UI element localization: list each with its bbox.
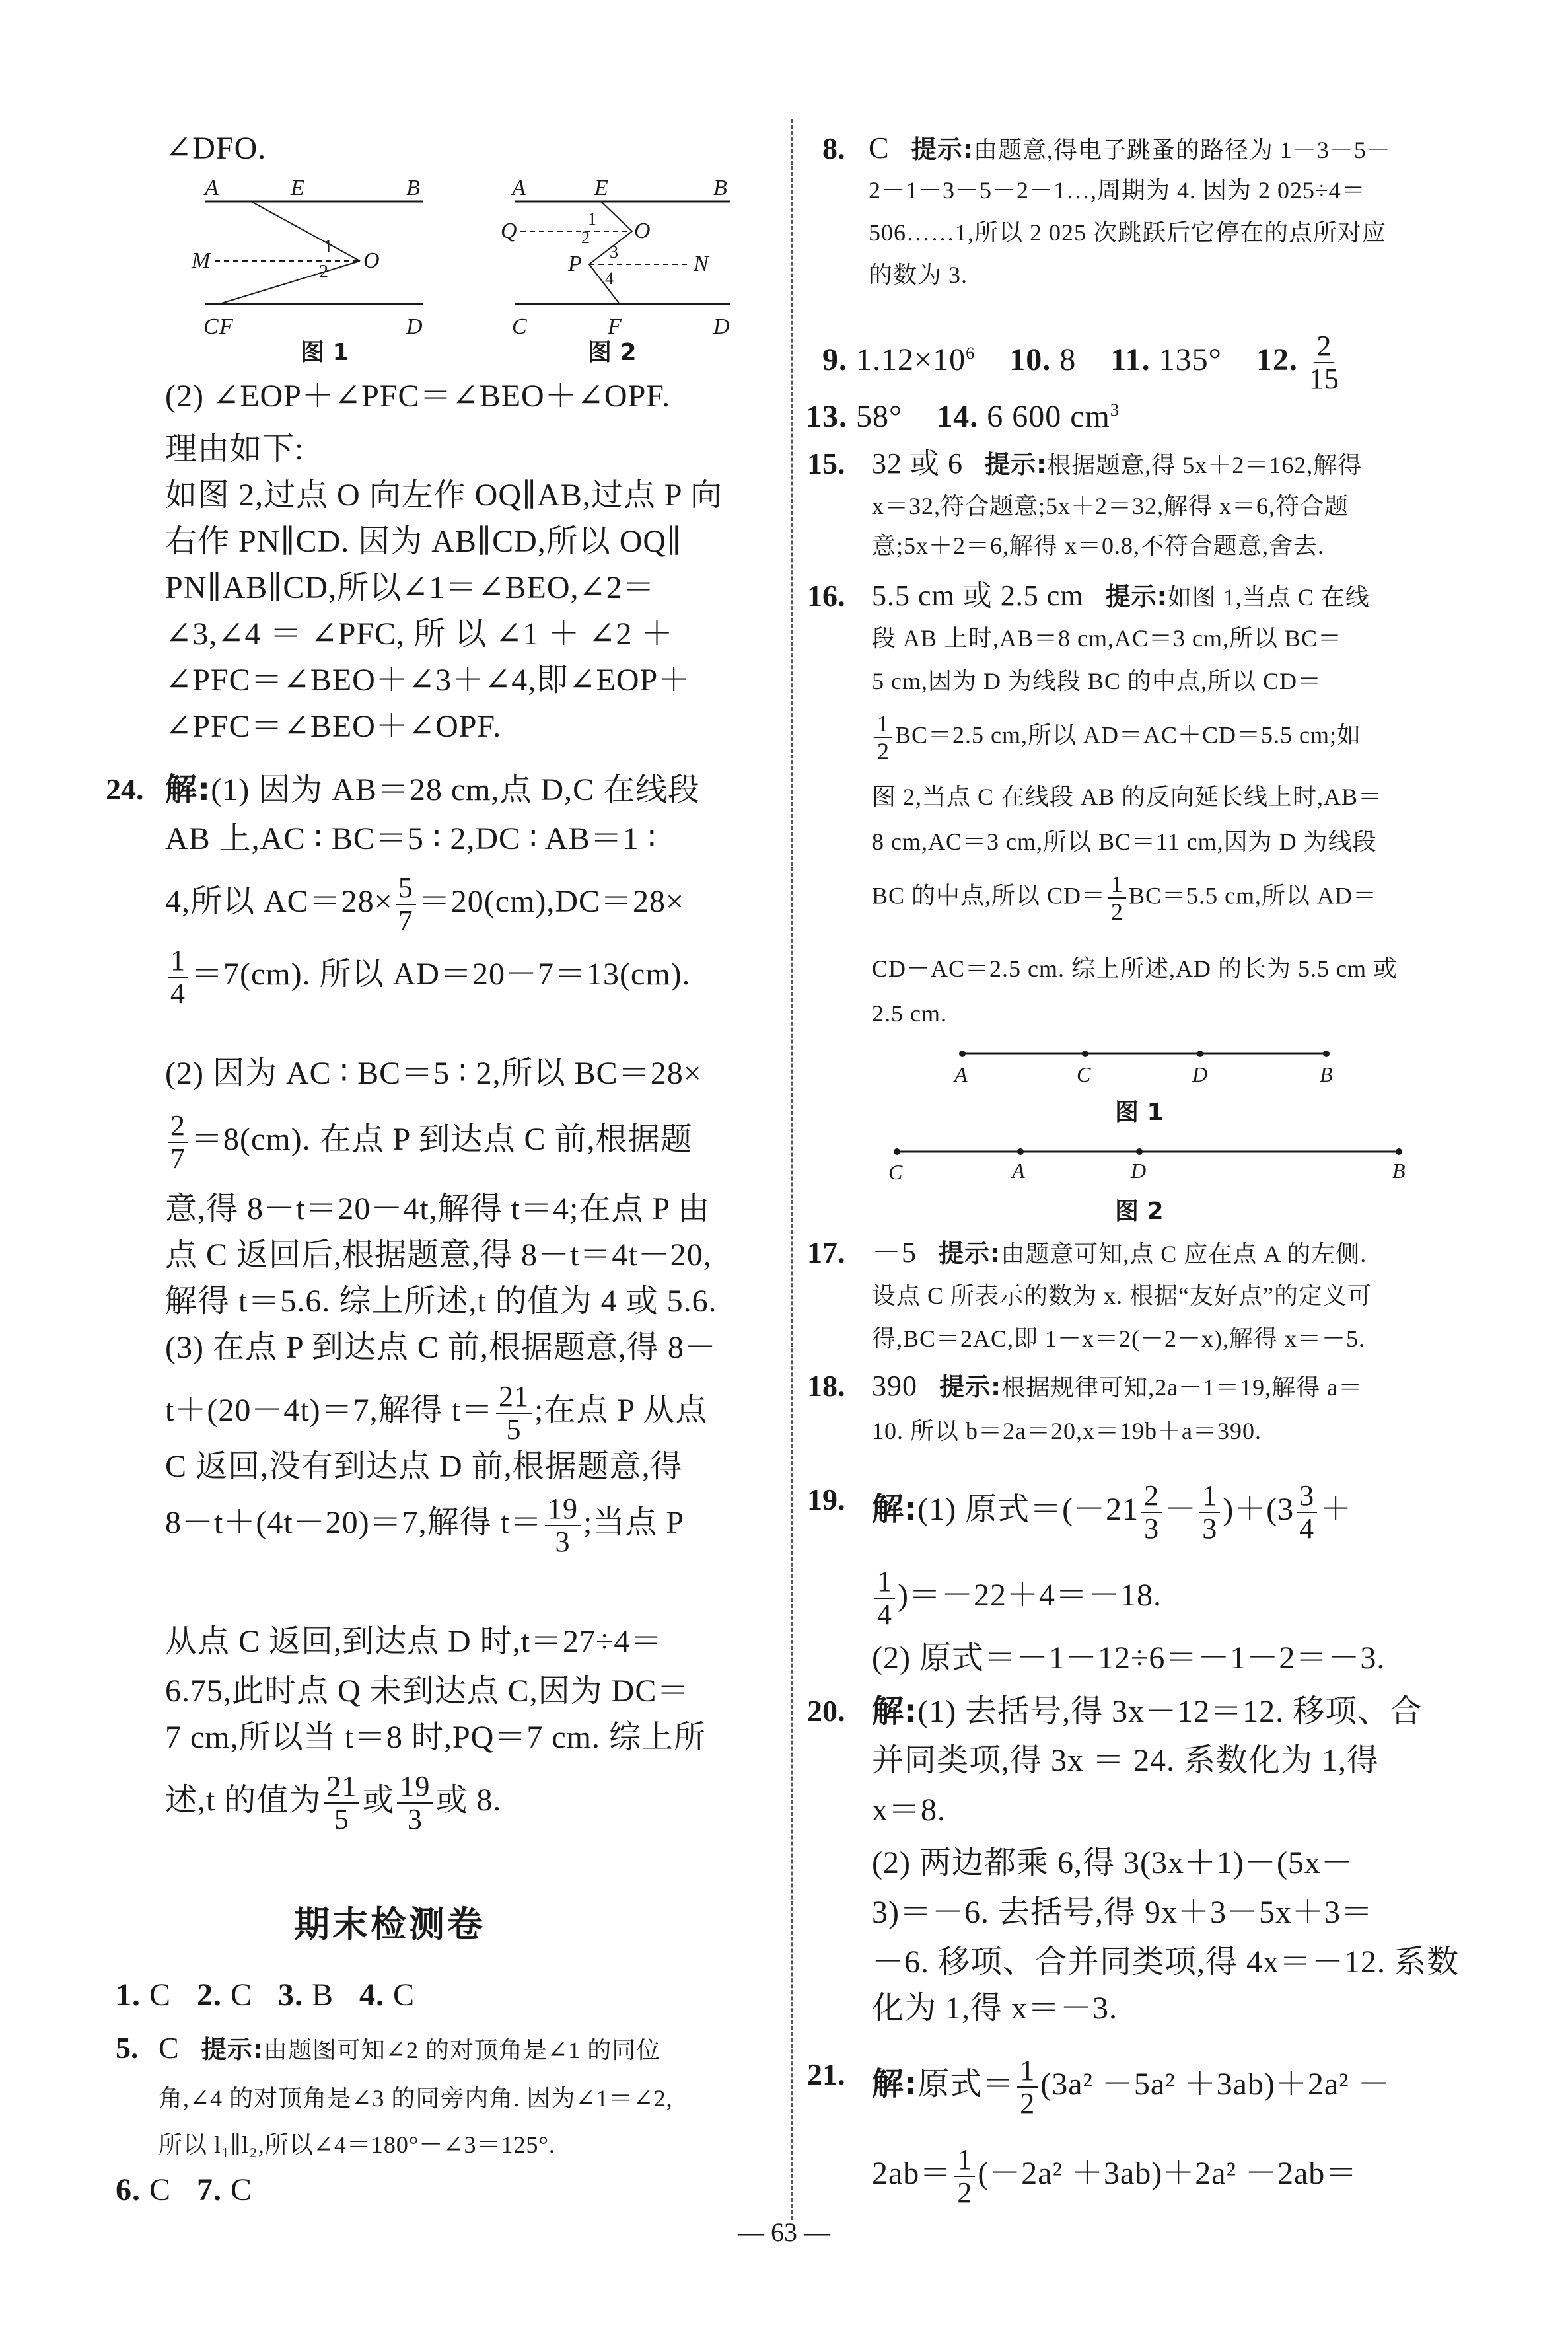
solve-label: 解: xyxy=(872,2065,917,2102)
q17-line: 得,BC＝2AC,即 1－x＝2(－2－x),解得 x＝－5. xyxy=(872,1321,1365,1356)
q24-line: 27＝8(cm). 在点 P 到达点 C 前,根据题 xyxy=(165,1110,693,1175)
svg-text:C: C xyxy=(888,1160,903,1184)
svg-text:D: D xyxy=(406,314,423,339)
q24-line: t＋(20－4t)＝7,解得 t＝215;在点 P 从点 xyxy=(165,1381,707,1446)
svg-text:B: B xyxy=(713,176,727,200)
q24-line: 述,t 的值为215或193或 8. xyxy=(165,1771,501,1835)
svg-text:1: 1 xyxy=(324,237,333,257)
fraction: 215 xyxy=(324,1771,359,1835)
q16-line: 2.5 cm. xyxy=(872,996,947,1031)
fraction: 27 xyxy=(168,1110,188,1175)
fraction: 215 xyxy=(496,1381,532,1446)
q23-figure-2-caption: 图 2 xyxy=(588,334,637,367)
fraction: 13 xyxy=(1199,1480,1220,1545)
q16-figure-2-caption: 图 2 xyxy=(1115,1193,1164,1226)
q23-line: ∠3,∠4 ＝ ∠PFC, 所 以 ∠1 ＋ ∠2 ＋ xyxy=(165,614,674,654)
fraction: 193 xyxy=(397,1771,433,1835)
q23-figure-1: AEB MO 1 2 CFD xyxy=(165,172,469,357)
fraction: 12 xyxy=(874,710,892,764)
q24-line: 6.75,此时点 Q 未到达点 C,因为 DC＝ xyxy=(165,1672,689,1711)
q5-line: 角,∠4 的对顶角是∠3 的同旁内角. 因为∠1＝∠2, xyxy=(159,2081,673,2116)
q24-line: C 返回,没有到达点 D 前,根据题意,得 xyxy=(165,1447,683,1487)
q20-line: (2) 两边都乘 6,得 3(3x＋1)－(5x－ xyxy=(872,1843,1353,1883)
q19-line: (2) 原式＝－1－12÷6＝－1－2＝－3. xyxy=(872,1639,1385,1678)
q16-line: BC 的中点,所以 CD＝12BC＝5.5 cm,所以 AD＝ xyxy=(872,871,1377,925)
q23-line: 右作 PN∥CD. 因为 AB∥CD,所以 OQ∥ xyxy=(165,522,682,562)
question-number: 17. xyxy=(807,1233,845,1273)
fraction: 12 xyxy=(1017,2055,1038,2120)
q24-line: 8－t＋(4t－20)＝7,解得 t＝193;当点 P xyxy=(165,1493,684,1558)
fraction: 34 xyxy=(1297,1480,1317,1545)
solve-label: 解: xyxy=(165,771,211,808)
svg-text:C: C xyxy=(512,314,527,339)
svg-text:1: 1 xyxy=(588,209,596,229)
svg-text:B: B xyxy=(1392,1159,1406,1183)
q23-tail-first-line: ∠DFO. xyxy=(165,129,266,168)
q16-line: 5 cm,因为 D 为线段 BC 的中点,所以 CD＝ xyxy=(872,664,1322,698)
q16-line: CD－AC＝2.5 cm. 综上所述,AD 的长为 5.5 cm 或 xyxy=(872,951,1398,986)
svg-text:B: B xyxy=(406,176,420,200)
fraction: 14 xyxy=(874,1566,895,1631)
answer-key-page: ∠DFO. AEB MO 1 2 CFD 图 1 AEB QO 1 2 xyxy=(0,0,1568,2325)
solve-label: 解: xyxy=(872,1693,917,1730)
q24-line: 14＝7(cm). 所以 AD＝20－7＝13(cm). xyxy=(165,945,691,1010)
q16-figure-1-caption: 图 1 xyxy=(1115,1093,1164,1127)
hint-label: 提示: xyxy=(1106,582,1168,611)
q20-line: 3)＝－6. 去括号,得 9x＋3－5x＋3＝ xyxy=(872,1893,1373,1933)
question-number: 19. xyxy=(807,1480,845,1520)
answers-9-12: 9. 1.12×106 10. 8 11. 135° 12. 215 xyxy=(822,330,1342,395)
svg-text:E: E xyxy=(290,176,304,200)
q21-line-1: 解:原式＝12(3a² －5a² ＋3ab)＋2a² － xyxy=(872,2055,1390,2120)
q23-line: 如图 2,过点 O 向左作 OQ∥AB,过点 P 向 xyxy=(165,476,723,515)
q24-line: 意,得 8－t＝20－4t,解得 t＝4;在点 P 由 xyxy=(165,1189,710,1229)
q16-line: 段 AB 上时,AB＝8 cm,AC＝3 cm,所以 BC＝ xyxy=(872,621,1342,655)
question-number: 18. xyxy=(807,1366,845,1406)
hint-label: 提示: xyxy=(939,1239,1001,1268)
svg-text:Q: Q xyxy=(501,219,517,243)
svg-text:D: D xyxy=(1192,1062,1207,1086)
svg-text:A: A xyxy=(203,176,219,200)
q16-line-1: 5.5 cm 或 2.5 cm 提示:如图 1,当点 C 在线 xyxy=(872,579,1370,614)
q24-line: 点 C 返回后,根据题意,得 8－t＝4t－20, xyxy=(165,1236,712,1275)
q19-line: 14)＝－22＋4＝－18. xyxy=(872,1566,1162,1631)
q24-line: 4,所以 AC＝28×57＝20(cm),DC＝28× xyxy=(165,872,684,937)
svg-text:O: O xyxy=(634,219,651,243)
q20-line: x＝8. xyxy=(872,1790,946,1830)
fraction: 215 xyxy=(1309,330,1339,395)
q23-line: PN∥AB∥CD,所以∠1＝∠BEO,∠2＝ xyxy=(165,568,655,608)
q20-line: 化为 1,得 x＝－3. xyxy=(872,1989,1118,2028)
solve-label: 解: xyxy=(872,1491,917,1528)
q23-figure-2: AEB QO 1 2 3 P 4 N CFD xyxy=(476,172,779,357)
svg-text:N: N xyxy=(693,252,710,276)
q24-line: 从点 C 返回,到达点 D 时,t＝27÷4＝ xyxy=(165,1622,662,1662)
q15-line-1: 32 或 6 提示:根据题意,得 5x＋2＝162,解得 xyxy=(872,447,1362,482)
q16-figure-2: C A D B xyxy=(872,1140,1413,1193)
hint-label: 提示: xyxy=(985,450,1047,479)
hint-label: 提示: xyxy=(939,1372,1001,1401)
fraction: 57 xyxy=(396,872,416,937)
svg-text:D: D xyxy=(713,314,730,339)
fraction: 193 xyxy=(545,1493,581,1558)
q23-line: 理由如下: xyxy=(165,429,304,469)
q8-line: 的数为 3. xyxy=(869,258,968,292)
svg-text:A: A xyxy=(511,176,526,200)
q8-line: 2－1－3－5－2－1…,周期为 4. 因为 2 025÷4＝ xyxy=(869,173,1366,207)
q18-line: 10. 所以 b＝2a＝20,x＝19b＋a＝390. xyxy=(872,1414,1262,1448)
question-number: 15. xyxy=(807,444,845,484)
q24-line: 解得 t＝5.6. 综上所述,t 的值为 4 或 5.6. xyxy=(165,1282,717,1321)
q18-line-1: 390 提示:根据规律可知,2a－1＝19,解得 a＝ xyxy=(872,1369,1363,1405)
q15-line: 意;5x＋2＝6,解得 x＝0.8,不符合题意,舍去. xyxy=(872,529,1324,563)
q23-line: (2) ∠EOP＋∠PFC＝∠BEO＋∠OPF. xyxy=(165,377,670,416)
svg-text:B: B xyxy=(1320,1062,1333,1086)
svg-text:4: 4 xyxy=(605,269,614,288)
q17-line: 设点 C 所表示的数为 x. 根据“友好点”的定义可 xyxy=(872,1278,1372,1313)
answers-13-14: 13. 58° 14. 6 600 cm3 xyxy=(806,390,1120,437)
hint-label: 提示: xyxy=(911,135,974,164)
svg-text:O: O xyxy=(363,248,380,273)
question-number: 24. xyxy=(106,770,144,809)
svg-text:M: M xyxy=(191,248,211,273)
q23-line: ∠PFC＝∠BEO＋∠OPF. xyxy=(165,707,501,747)
fraction: 23 xyxy=(1141,1480,1162,1545)
q16-line: 8 cm,AC＝3 cm,所以 BC＝11 cm,因为 D 为线段 xyxy=(872,825,1377,859)
q19-line-1: 解:(1) 原式＝(－2123－13)＋(334＋ xyxy=(872,1480,1352,1545)
question-number: 5. xyxy=(116,2028,139,2068)
section-title: 期末检测卷 xyxy=(0,1896,779,1947)
question-number: 20. xyxy=(807,1691,845,1731)
q8-line: 506……1,所以 2 025 次跳跃后它停在的点所对应 xyxy=(869,215,1386,250)
q17-line-1: －5 提示:由题意可知,点 C 应在点 A 的左侧. xyxy=(872,1236,1367,1271)
q5-line-1: C 提示:由题图可知∠2 的对顶角是∠1 的同位 xyxy=(159,2031,660,2067)
column-divider xyxy=(791,119,793,2220)
question-number: 21. xyxy=(807,2055,845,2094)
q20-line: 并同类项,得 3x ＝ 24. 系数化为 1,得 xyxy=(872,1741,1379,1781)
q24-line: AB 上,AC ∶ BC＝5 ∶ 2,DC ∶ AB＝1 ∶ xyxy=(165,819,657,859)
q20-line: －6. 移项、合并同类项,得 4x＝－12. 系数 xyxy=(872,1942,1459,1982)
svg-text:C: C xyxy=(1077,1062,1091,1086)
svg-text:P: P xyxy=(567,252,582,276)
fraction: 14 xyxy=(168,945,188,1010)
q23-line: ∠PFC＝∠BEO＋∠3＋∠4,即∠EOP＋ xyxy=(165,661,690,700)
q16-line: 图 2,当点 C 在线段 AB 的反向延长线上时,AB＝ xyxy=(872,780,1382,814)
fraction: 12 xyxy=(1108,871,1126,925)
fraction: 12 xyxy=(954,2144,975,2209)
hint-label: 提示: xyxy=(201,2035,264,2064)
answers-1-4: 1. C 2. C 3. B 4. C xyxy=(116,1975,415,2015)
answers-6-7: 6. C 7. C xyxy=(116,2170,252,2210)
q23-figure-1-caption: 图 1 xyxy=(301,334,349,367)
q15-line: x＝32,符合题意;5x＋2＝32,解得 x＝6,符合题 xyxy=(872,489,1349,523)
q16-figure-1: A C D B xyxy=(944,1041,1341,1093)
svg-text:C: C xyxy=(203,314,219,339)
q24-line: (2) 因为 AC ∶ BC＝5 ∶ 2,所以 BC＝28× xyxy=(165,1054,702,1093)
q20-line-1: 解:(1) 去括号,得 3x－12＝12. 移项、合 xyxy=(872,1691,1422,1732)
question-number: 8. xyxy=(822,129,845,168)
svg-text:F: F xyxy=(219,314,234,339)
question-number: 16. xyxy=(807,576,845,616)
svg-text:A: A xyxy=(953,1062,968,1086)
q24-line: 7 cm,所以当 t＝8 时,PQ＝7 cm. 综上所 xyxy=(165,1718,706,1757)
svg-text:E: E xyxy=(594,176,608,200)
q8-line-1: C 提示:由题意,得电子跳蚤的路径为 1－3－5－ xyxy=(869,131,1391,167)
svg-text:D: D xyxy=(1130,1159,1146,1183)
q16-line: 12BC＝2.5 cm,所以 AD＝AC＋CD＝5.5 cm;如 xyxy=(872,710,1361,764)
svg-text:A: A xyxy=(1011,1159,1025,1183)
q5-line: 所以 l₁∥l₂,所以∠4＝180°－∠3＝125°. xyxy=(159,2127,555,2162)
page-number: — 63 — xyxy=(0,2217,1568,2248)
q24-line-1: 解:(1) 因为 AB＝28 cm,点 D,C 在线段 xyxy=(165,770,700,810)
q21-line: 2ab＝12(－2a² ＋3ab)＋2a² －2ab＝ xyxy=(872,2144,1357,2209)
q24-line: (3) 在点 P 到达点 C 前,根据题意,得 8－ xyxy=(165,1328,717,1368)
